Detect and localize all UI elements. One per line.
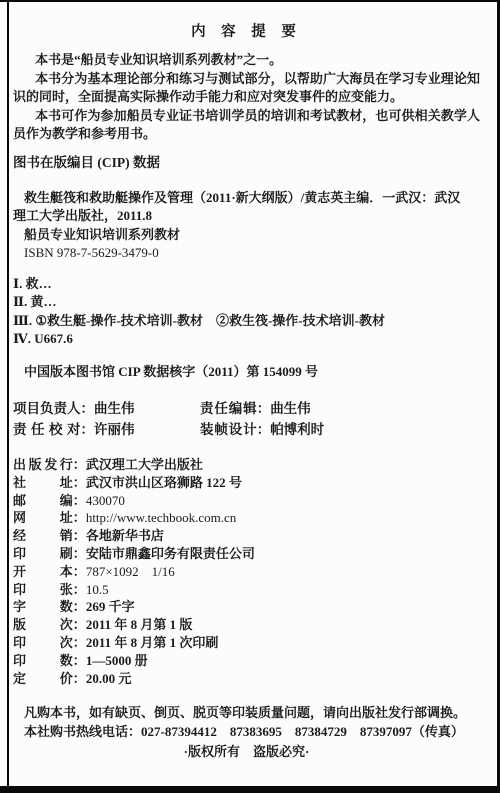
cip-heading: 图书在版编目 (CIP) 数据 (13, 151, 480, 171)
publication-value: http://www.techbook.com.cn (86, 510, 236, 525)
colon: ： (73, 653, 86, 668)
page-border-top (0, 0, 500, 2)
publication-label: 网址 (13, 509, 73, 527)
page-border-bottom (0, 786, 500, 793)
publication-row: 印刷：安陆市鼎鑫印务有限责任公司 (13, 545, 480, 563)
staff-row: 责任校对：许丽伟 装帧设计：帕博利时 (13, 420, 480, 441)
summary-paragraph: 本书可作为参加船员专业证书培训学员的培训和考试教材，也可供相关教学人员作为教学和… (13, 107, 480, 144)
publication-label: 印数 (13, 652, 73, 670)
cip-description-line: 救生艇筏和救助艇操作及管理（2011·新大纲版）/黄志英主编．一武汉：武汉 (13, 189, 480, 208)
classification-item: Ⅰ. 救… (13, 275, 480, 294)
publication-label: 字数 (13, 598, 73, 616)
staff-value: 许丽伟 (94, 422, 135, 437)
colon: ： (257, 401, 271, 416)
publication-row: 出版发行：武汉理工大学出版社 (13, 456, 480, 474)
publication-value: 269 千字 (86, 599, 135, 614)
staff-cell: 项目负责人：曲生伟 (13, 399, 200, 420)
colon: ： (73, 564, 86, 579)
publication-row: 定价：20.00 元 (13, 670, 480, 688)
page-border-left (7, 0, 9, 793)
cip-classification: Ⅰ. 救… Ⅱ. 黄… Ⅲ. ①救生艇-操作-技术培训-教材 ②救生筏-操作-技… (13, 275, 480, 349)
classification-item: Ⅳ. U667.6 (13, 330, 480, 349)
summary-paragraph: 本书分为基本理论部分和练习与测试部分，以帮助广大海员在学习专业理论知识的同时，全… (13, 70, 480, 107)
publication-label: 社址 (13, 474, 73, 492)
publication-label: 邮编 (13, 492, 73, 510)
summary-title: 内 容 提 要 (13, 20, 480, 41)
publication-row: 字数：269 千字 (13, 598, 480, 616)
hotline-line: 本社购书热线电话：027-87394412 87383695 87384729 … (13, 722, 480, 741)
staff-section: 项目负责人：曲生伟 责任编辑：曲生伟 责任校对：许丽伟 装帧设计：帕博利时 (13, 399, 480, 440)
colon: ： (73, 617, 86, 632)
classification-item: Ⅲ. ①救生艇-操作-技术培训-教材 ②救生筏-操作-技术培训-教材 (13, 312, 480, 331)
publication-row: 版次：2011 年 8 月第 1 版 (13, 616, 480, 634)
staff-label: 装帧设计 (200, 420, 257, 441)
publication-label: 开本 (13, 563, 73, 581)
cip-section: 图书在版编目 (CIP) 数据 救生艇筏和救助艇操作及管理（2011·新大纲版）… (13, 151, 480, 382)
cip-description-line: 理工大学出版社，2011.8 (13, 207, 480, 226)
colon: ： (257, 422, 271, 437)
cip-record-line: 中国版本图书馆 CIP 数据核字（2011）第 154099 号 (13, 363, 480, 382)
publication-label: 版次 (13, 616, 73, 634)
publication-row: 经销：各地新华书店 (13, 527, 480, 545)
colon: ： (73, 475, 86, 490)
footer-section: 凡购本书，如有缺页、倒页、脱页等印装质量问题，请向出版社发行部调换。 本社购书热… (13, 703, 480, 761)
publication-value: 安陆市鼎鑫印务有限责任公司 (86, 546, 255, 561)
publication-value: 20.00 元 (86, 671, 132, 686)
staff-value: 帕博利时 (270, 422, 324, 437)
colon: ： (73, 599, 86, 614)
publication-value: 2011 年 8 月第 1 次印刷 (86, 635, 219, 650)
page-content: 内 容 提 要 本书是“船员专业知识培训系列教材”之一。 本书分为基本理论部分和… (13, 12, 480, 761)
publication-value: 430070 (86, 493, 125, 508)
publication-row: 印张：10.5 (13, 581, 480, 599)
staff-label: 责任校对 (13, 420, 81, 441)
publication-value: 武汉理工大学出版社 (86, 457, 203, 472)
staff-row: 项目负责人：曲生伟 责任编辑：曲生伟 (13, 399, 480, 420)
publication-value: 2011 年 8 月第 1 版 (86, 617, 193, 632)
publication-row: 邮编：430070 (13, 492, 480, 510)
copyright-page: 内 容 提 要 本书是“船员专业知识培训系列教材”之一。 本书分为基本理论部分和… (0, 0, 500, 793)
copyright-notice: ·版权所有 盗版必究· (13, 742, 480, 761)
classification-item: Ⅱ. 黄… (13, 293, 480, 312)
colon: ： (73, 510, 86, 525)
cip-isbn: ISBN 978-7-5629-3479-0 (13, 244, 480, 263)
summary-paragraph: 本书是“船员专业知识培训系列教材”之一。 (13, 51, 480, 70)
staff-value: 曲生伟 (270, 401, 311, 416)
colon: ： (73, 546, 86, 561)
colon: ： (73, 457, 86, 472)
publication-value: 武汉市洪山区珞狮路 122 号 (86, 475, 242, 490)
publication-section: 出版发行：武汉理工大学出版社 社址：武汉市洪山区珞狮路 122 号 邮编：430… (13, 456, 480, 687)
colon: ： (73, 671, 86, 686)
quality-notice: 凡购本书，如有缺页、倒页、脱页等印装质量问题，请向出版社发行部调换。 (13, 703, 480, 722)
publication-label: 经销 (13, 527, 73, 545)
publication-value: 787×1092 1/16 (86, 564, 175, 579)
colon: ： (73, 635, 86, 650)
publication-row: 印数：1—5000 册 (13, 652, 480, 670)
colon: ： (73, 493, 86, 508)
publication-label: 定价 (13, 670, 73, 688)
staff-cell: 装帧设计：帕博利时 (200, 420, 324, 441)
publication-value: 各地新华书店 (86, 528, 164, 543)
cip-description: 救生艇筏和救助艇操作及管理（2011·新大纲版）/黄志英主编．一武汉：武汉 理工… (13, 189, 480, 263)
publication-row: 网址：http://www.techbook.com.cn (13, 509, 480, 527)
cip-series-title: 船员专业知识培训系列教材 (13, 226, 480, 245)
staff-value: 曲生伟 (94, 401, 135, 416)
publication-row: 社址：武汉市洪山区珞狮路 122 号 (13, 474, 480, 492)
staff-cell: 责任校对：许丽伟 (13, 420, 200, 441)
colon: ： (81, 422, 95, 437)
publication-label: 印刷 (13, 545, 73, 563)
publication-row: 印次：2011 年 8 月第 1 次印刷 (13, 634, 480, 652)
staff-label: 责任编辑 (200, 399, 257, 420)
publication-label: 出版发行 (13, 456, 73, 474)
summary-section: 内 容 提 要 本书是“船员专业知识培训系列教材”之一。 本书分为基本理论部分和… (13, 20, 480, 144)
staff-cell: 责任编辑：曲生伟 (200, 399, 311, 420)
publication-label: 印次 (13, 634, 73, 652)
colon: ： (81, 401, 95, 416)
publication-label: 印张 (13, 581, 73, 599)
colon: ： (73, 582, 86, 597)
staff-label: 项目负责人 (13, 399, 81, 420)
colon: ： (73, 528, 86, 543)
publication-row: 开本：787×1092 1/16 (13, 563, 480, 581)
publication-value: 1—5000 册 (86, 653, 148, 668)
publication-value: 10.5 (86, 582, 109, 597)
